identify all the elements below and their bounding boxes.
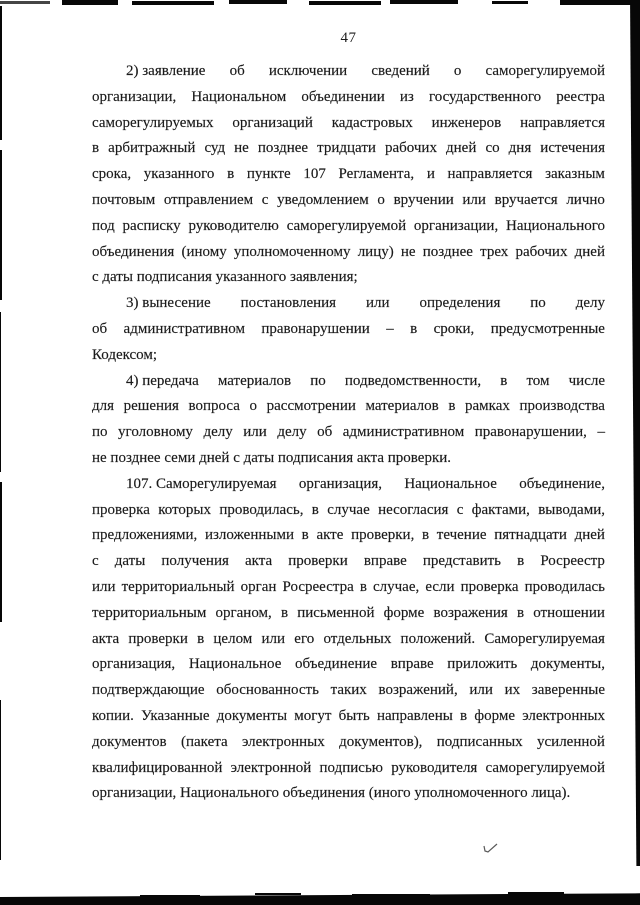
- paragraph: 3) вынесениепостановленияилиопределенияп…: [92, 291, 605, 368]
- text-line: документов(пакетаэлектронныхдокументов),…: [92, 730, 605, 756]
- scan-edge-top: [132, 1, 214, 5]
- handwritten-check-icon: [481, 842, 501, 856]
- scan-edge-top: [390, 0, 458, 4]
- scan-edge-top: [560, 0, 640, 5]
- scan-edge-top: [0, 1, 50, 4]
- text-line: обадминистративномправонарушении–всроки,…: [92, 317, 605, 343]
- scan-edge-right: [630, 0, 640, 866]
- text-line: квалифицированнойэлектроннойподписьюруко…: [92, 756, 605, 782]
- paragraph: 107. Саморегулируемаяорганизация,Национа…: [92, 472, 605, 807]
- scan-edge-left: [0, 150, 2, 300]
- text-line: 3) вынесениепостановленияилиопределенияп…: [92, 291, 605, 317]
- paragraph: 4) передачаматериаловпоподведомственност…: [92, 369, 605, 472]
- page-number: 47: [92, 30, 605, 47]
- scan-edge-left: [0, 700, 1, 860]
- text-line: подтверждающиеобоснованностьтакихвозраже…: [92, 678, 605, 704]
- text-line: актапроверкивцеломилиегоотдельныхположен…: [92, 627, 605, 653]
- text-line: варбитражныйсуднепозднеетридцатирабочихд…: [92, 136, 605, 162]
- scan-bar-bottom: [0, 893, 640, 905]
- scan-edge-left: [0, 312, 1, 472]
- text-line: территориальныморганом,вписьменнойформев…: [92, 601, 605, 627]
- text-line: копии.Указанныедокументымогутбытьнаправл…: [92, 704, 605, 730]
- text-line: Кодексом;: [92, 343, 605, 369]
- scan-edge-left: [0, 482, 2, 622]
- scan-edge-top: [229, 0, 287, 4]
- text-line: длярешениявопросаорассмотренииматериалов…: [92, 394, 605, 420]
- text-line: проверкакоторыхпроводилась,вслучаенесогл…: [92, 498, 605, 524]
- scan-edge-left: [0, 6, 2, 140]
- text-line: 107. Саморегулируемаяорганизация,Национа…: [92, 472, 605, 498]
- scan-edge-top: [62, 0, 118, 5]
- scan-dash: [255, 893, 301, 895]
- text-line: организация,Национальноеобъединениевправ…: [92, 652, 605, 678]
- text-line: илитерриториальныйорганРосреестравслучае…: [92, 575, 605, 601]
- text-block: 2) заявлениеобисключениисведенийосаморег…: [92, 59, 605, 807]
- text-line: срока,указанноговпункте107Регламента,ина…: [92, 162, 605, 188]
- text-line: подраспискуруководителюсаморегулируемойо…: [92, 214, 605, 240]
- text-line: предложениями,изложеннымивактепроверки,в…: [92, 523, 605, 549]
- scan-edge-top: [309, 1, 381, 5]
- text-line: почтовымотправлениемсуведомлениемовручен…: [92, 188, 605, 214]
- text-line: объединения(иномууполномоченномулицу)неп…: [92, 240, 605, 266]
- text-line: саморегулируемыхорганизацийкадастровыхин…: [92, 111, 605, 137]
- scan-dash: [508, 892, 564, 895]
- scan-dash: [352, 894, 430, 896]
- text-line: с даты подписания указанного заявления;: [92, 265, 605, 291]
- text-line: организации, Национального объединения (…: [92, 781, 605, 807]
- document-page: 47 2) заявлениеобисключениисведенийосамо…: [0, 0, 640, 905]
- scan-edge-top: [492, 1, 528, 4]
- text-line: организации,Национальномобъединенииизгос…: [92, 85, 605, 111]
- text-line: поуголовномуделуилиделуобадминистративно…: [92, 420, 605, 446]
- paragraph: 2) заявлениеобисключениисведенийосаморег…: [92, 59, 605, 291]
- text-line: 2) заявлениеобисключениисведенийосаморег…: [92, 59, 605, 85]
- text-line: сдатыполученияактапроверкивправепредстав…: [92, 549, 605, 575]
- scan-dash: [140, 895, 200, 897]
- text-line: 4) передачаматериаловпоподведомственност…: [92, 369, 605, 395]
- text-line: не позднее семи дней с даты подписания а…: [92, 446, 605, 472]
